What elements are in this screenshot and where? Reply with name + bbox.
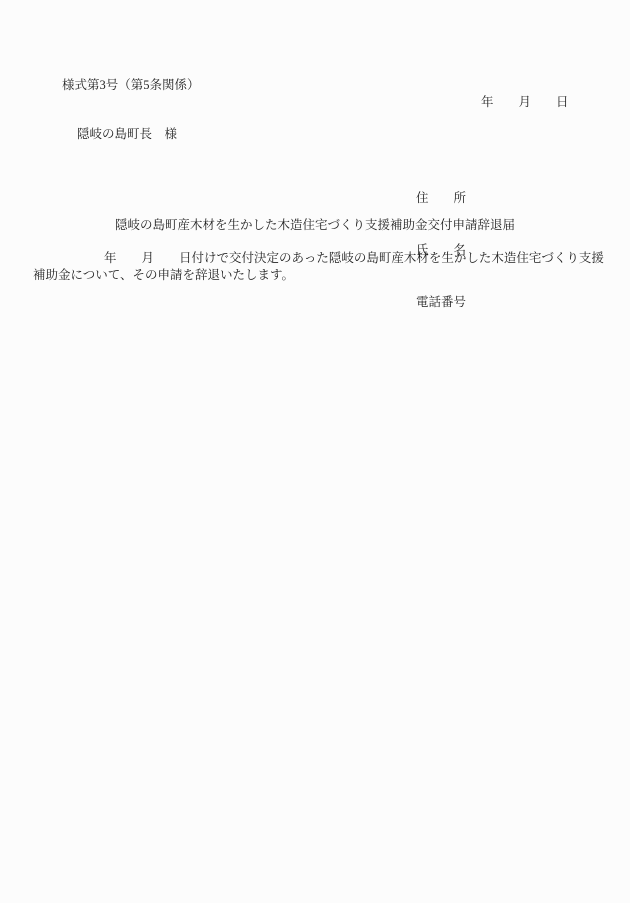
body-text-line-1: 年 月 日付けで交付決定のあった隠岐の島町産木材を生かした木造住宅づくり支援 <box>104 251 604 265</box>
document-title: 隠岐の島町産木材を生かした木造住宅づくり支援補助金交付申請辞退届 <box>33 218 597 232</box>
date-line: 年 月 日 <box>481 95 569 109</box>
addressee: 隠岐の島町長 様 <box>77 127 177 141</box>
document-page: 様式第3号（第5条関係） 年 月 日 隠岐の島町長 様 住 所 氏 名 電話番号… <box>0 0 630 903</box>
phone-label: 電話番号 <box>416 294 466 311</box>
body-text-line-2: 補助金について、その申請を辞退いたします。 <box>33 268 294 282</box>
address-label: 住 所 <box>416 190 466 207</box>
form-number: 様式第3号（第5条関係） <box>62 78 200 92</box>
